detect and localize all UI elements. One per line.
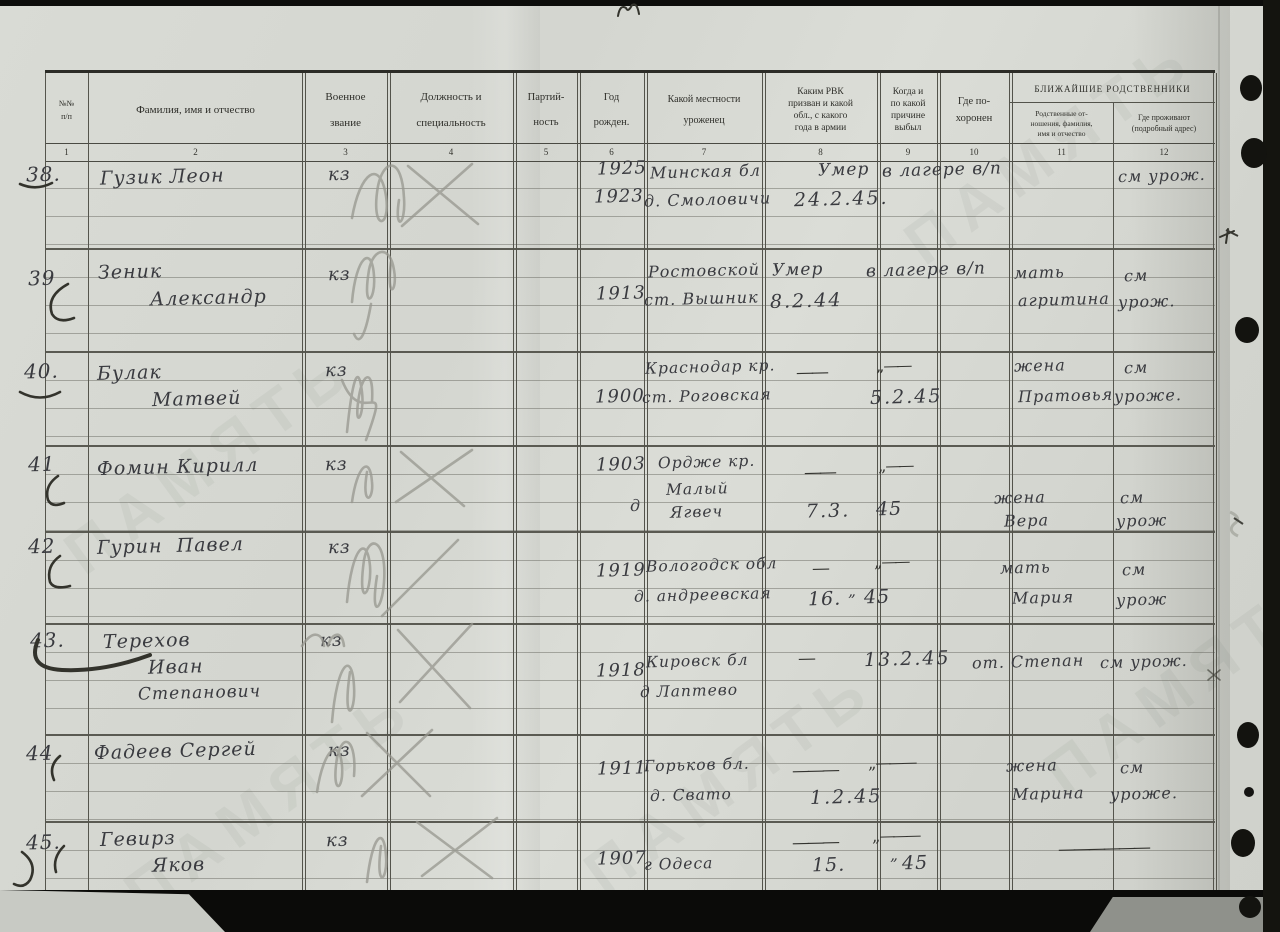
hw-42-residence2: урож — [1116, 589, 1168, 609]
hw-38-rank: кз — [328, 164, 351, 186]
hw-39-relative2: агритина — [1018, 289, 1110, 310]
hw-44-num: 44 — [26, 741, 54, 766]
hw-44-origin1: Горьков бл. — [644, 755, 750, 776]
hw-40-name: Булак — [97, 361, 162, 385]
hw-41-num: 41 — [28, 452, 56, 477]
hw-41-name: Фомин Кирилл — [97, 454, 259, 480]
hw-41-date9: 45 — [876, 498, 903, 521]
hw-39-fate2: в лагере в/п — [866, 258, 986, 281]
hw-38-fate1: Умер — [818, 159, 870, 180]
hw-39-origin1: Ростовской — [648, 260, 760, 282]
hw-42-origin2: д. андреевская — [634, 584, 772, 606]
hw-42-ditto-mid: „ — [848, 582, 857, 600]
hw-43-born: 1918 — [596, 659, 646, 681]
hw-41-born: 1903 — [596, 453, 646, 475]
hw-45-date8: 15. — [812, 854, 846, 877]
hw-45-date9: 45 — [902, 852, 929, 875]
hw-40-ditto: „ —— — [876, 356, 910, 376]
hw-38-origin2: д. Смоловичи — [644, 188, 772, 210]
hw-38-residence: см урож. — [1118, 165, 1206, 186]
hw-42-origin1: Вологодск обл — [646, 554, 778, 575]
hw-41-dash: —— — [804, 462, 835, 484]
hw-40-residence2: уроже. — [1114, 385, 1182, 406]
hw-42-name: Гурин Павел — [97, 533, 244, 559]
hw-40-rank: кз — [325, 360, 348, 382]
hw-45-ditto-mid: „ — [890, 846, 899, 864]
hw-43-name3: Степанович — [138, 681, 262, 704]
hw-38-date: 24.2.45. — [794, 187, 889, 211]
hw-38-born: 1925 — [597, 157, 647, 179]
hw-38-born2: 1923 — [594, 185, 644, 207]
hw-39-fate1: Умер — [772, 259, 824, 280]
hw-41-residence1: см — [1120, 488, 1145, 508]
hw-39-origin2: ст. Вышник — [644, 288, 759, 310]
hw-42-rank: кз — [328, 537, 351, 559]
hw-45-dash-relatives: —————— — [1058, 837, 1149, 860]
hw-43-origin2: д Лаптево — [640, 681, 739, 702]
hw-39-born: 1913 — [596, 282, 646, 304]
hw-43-origin1: Кировск бл — [646, 651, 749, 672]
handwriting-layer: 38. Гузик Леон кз 1925 1923 Минская бл д… — [0, 0, 1280, 932]
hw-40-date: 5.2.45 — [870, 385, 943, 409]
hw-41-origin1: Ордже кр. — [658, 452, 756, 473]
hw-42-date9: 45 — [864, 586, 891, 609]
hw-42-relative2: Мария — [1012, 587, 1075, 608]
hw-39-name2: Александр — [150, 285, 267, 310]
scanned-document: ПАМЯТЬ ПАМЯТЬ ПАМЯТЬ ПАМЯТЬ ПАМЯТЬ №№ п/… — [0, 0, 1280, 932]
hw-43-date: 13.2.45 — [864, 647, 951, 671]
hw-45-rank: кз — [326, 830, 349, 852]
hw-42-ditto: „ —— — [874, 552, 908, 572]
hw-40-born: 1900 — [595, 385, 645, 407]
hw-38-name: Гузик Леон — [100, 164, 225, 189]
hw-43-name2: Иван — [148, 655, 204, 678]
hw-43-residence1: см урож. — [1100, 651, 1188, 672]
hw-43-rank: кз — [320, 630, 343, 652]
hw-44-date: 1.2.45 — [810, 785, 883, 809]
hw-43-relative1: от. Степан — [972, 651, 1085, 673]
hw-41-relative2: Вера — [1004, 510, 1049, 530]
hw-41-rank: кз — [325, 454, 348, 476]
hw-41-residence2: урож — [1116, 510, 1168, 530]
hw-44-residence2: уроже. — [1110, 783, 1178, 804]
hw-40-num: 40. — [24, 359, 59, 384]
hw-42-relative1: мать — [1000, 557, 1051, 577]
hw-44-rank: кз — [328, 740, 351, 762]
hw-43-name: Терехов — [103, 629, 191, 653]
hw-41-extra-d: д — [630, 496, 642, 515]
hw-39-residence2: урож. — [1118, 291, 1176, 311]
hw-44-origin2: д. Свато — [650, 785, 732, 805]
hw-40-relative1: жена — [1014, 355, 1066, 375]
hw-43-num: 43. — [30, 628, 65, 653]
hw-41-ditto: „ —— — [878, 456, 912, 476]
hw-45-born: 1907 — [597, 847, 647, 869]
hw-39-name: Зеник — [98, 260, 163, 284]
hw-38-num: 38. — [26, 162, 61, 187]
hw-41-origin3: Ягвеч — [670, 502, 724, 521]
hw-40-dash: —— — [796, 362, 827, 384]
hw-45-name: Гевирз — [100, 827, 176, 851]
hw-41-relative1: жена — [994, 487, 1046, 507]
hw-41-origin2: Малый — [666, 479, 729, 499]
hw-42-dash: — — [812, 558, 828, 579]
hw-39-date: 8.2.44 — [770, 289, 843, 313]
hw-39-relative1: мать — [1014, 262, 1065, 282]
hw-38-fate2: в лагере в/п — [882, 158, 1002, 181]
hw-45-origin1: г Одеса — [644, 854, 714, 874]
hw-44-born: 1911 — [597, 757, 647, 779]
hw-40-origin1: Краснодар кр. — [645, 356, 776, 377]
hw-44-name: Фадеев Сергей — [94, 738, 257, 764]
hw-45-name2: Яков — [152, 853, 206, 876]
hw-45-ditto: „ ——— — [872, 825, 919, 845]
hw-44-ditto: „ ——— — [868, 752, 915, 772]
hw-41-date8: 7.3. — [806, 499, 851, 522]
hw-42-date8: 16. — [808, 588, 842, 611]
hw-43-dash: — — [798, 648, 814, 669]
hw-42-num: 42 — [28, 534, 56, 559]
hw-44-relative1: жена — [1006, 755, 1058, 775]
hw-40-residence1: см — [1124, 358, 1149, 378]
hw-39-rank: кз — [328, 264, 351, 286]
hw-44-residence1: см — [1120, 758, 1145, 778]
hw-42-born: 1919 — [596, 559, 646, 581]
hw-38-origin1: Минская бл — [650, 161, 761, 183]
hw-39-residence1: см — [1124, 266, 1149, 286]
hw-40-name2: Матвей — [152, 387, 242, 411]
hw-44-relative2: Марина — [1012, 783, 1085, 804]
paper-corner-bottom-right — [1090, 897, 1280, 932]
hw-40-origin2: ст. Роговская — [642, 385, 772, 406]
hw-45-num: 45. — [26, 830, 61, 855]
scan-edge-right — [1263, 0, 1280, 932]
scan-edge-top — [0, 0, 1280, 6]
hw-42-residence1: см — [1122, 560, 1147, 580]
hw-44-dash: ——— — [792, 759, 838, 781]
hw-45-dash: ——— — [792, 831, 838, 853]
hw-39-num: 39 — [28, 266, 56, 291]
hw-40-relative2: Пратовья — [1018, 385, 1114, 406]
